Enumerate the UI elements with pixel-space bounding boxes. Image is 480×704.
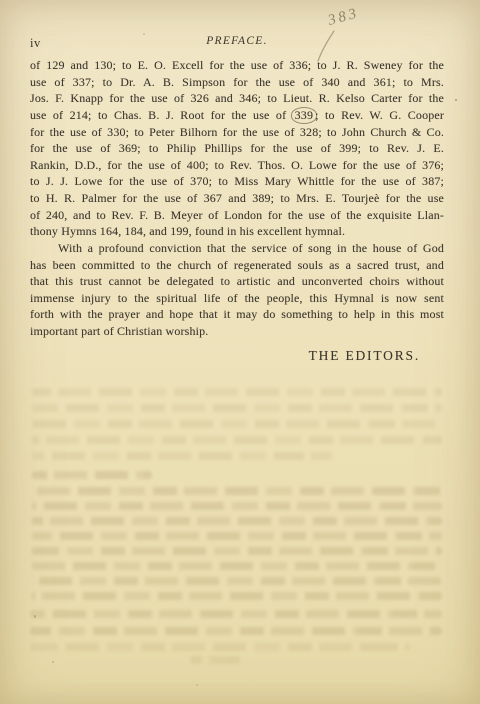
paper-speck bbox=[34, 615, 36, 618]
body-line: use of 337; to Dr. A. B. Simpson for the… bbox=[30, 74, 444, 91]
paper-speck bbox=[52, 661, 54, 663]
body-line: use of 214; to Chas. B. J. Root for the … bbox=[30, 107, 444, 124]
ghost-text-line bbox=[32, 592, 442, 600]
ghost-text-line bbox=[32, 562, 442, 570]
body-line: forth with the prayer and hope that it m… bbox=[30, 306, 444, 323]
ghost-text-line bbox=[30, 627, 442, 635]
body-line: for the use of 330; to Peter Bilhorn for… bbox=[30, 124, 444, 141]
body-line-text: use of 214; to Chas. B. J. Root for the … bbox=[30, 108, 293, 122]
body-line: of 129 and 130; to E. O. Excell for the … bbox=[30, 57, 444, 74]
preface-body: of 129 and 130; to E. O. Excell for the … bbox=[30, 57, 444, 364]
body-line: that this trust cannot be delegated to a… bbox=[30, 273, 444, 290]
body-line-text: ; to Rev. W. G. Cooper bbox=[315, 108, 444, 122]
paper-speck bbox=[196, 684, 198, 686]
ghost-text-line bbox=[190, 656, 240, 664]
pencil-circled-number: 339 bbox=[291, 107, 317, 124]
body-line: Rankin, D.D., for the use of 400; to Rev… bbox=[30, 157, 444, 174]
ghost-text-line bbox=[32, 517, 442, 525]
ghost-text-line bbox=[32, 502, 442, 510]
body-line: Jos. F. Knapp for the use of 326 and 346… bbox=[30, 90, 444, 107]
body-line: has been committed to the church of rege… bbox=[30, 257, 444, 274]
editors-signature: THE EDITORS. bbox=[30, 348, 444, 365]
body-line: to H. R. Palmer for the use of 367 and 3… bbox=[30, 190, 444, 207]
ghost-text-line bbox=[32, 388, 442, 396]
ghost-text-line bbox=[32, 547, 442, 555]
body-line: to J. J. Lowe for the use of 370; to Mis… bbox=[30, 173, 444, 190]
ghost-text-line bbox=[32, 471, 152, 479]
ghost-text-line bbox=[32, 532, 442, 540]
handwritten-pencil-number: 383 bbox=[326, 5, 361, 30]
pencil-dot bbox=[455, 99, 457, 101]
body-line: for the use of 369; to Philip Phillips f… bbox=[30, 140, 444, 157]
body-line: With a profound conviction that the serv… bbox=[30, 240, 444, 257]
body-line: immense injury to the spiritual life of … bbox=[30, 290, 444, 307]
body-line: of 240, and to Rev. F. B. Meyer of Londo… bbox=[30, 207, 444, 224]
ghost-text-line bbox=[32, 452, 332, 460]
ghost-text-line bbox=[32, 436, 442, 444]
ghost-text-line bbox=[32, 404, 442, 412]
ghost-text-line bbox=[32, 487, 442, 495]
body-line: important part of Christian worship. bbox=[30, 323, 444, 340]
ghost-text-line bbox=[32, 577, 442, 585]
scanned-book-page: iv PREFACE. 383 of 129 and 130; to E. O.… bbox=[0, 0, 480, 704]
ghost-text-line bbox=[32, 420, 442, 428]
body-line: thony Hymns 164, 184, and 199, found in … bbox=[30, 223, 444, 240]
ghost-text-line bbox=[30, 643, 410, 651]
page-title: PREFACE. bbox=[30, 35, 444, 47]
ghost-text-line bbox=[30, 610, 442, 618]
